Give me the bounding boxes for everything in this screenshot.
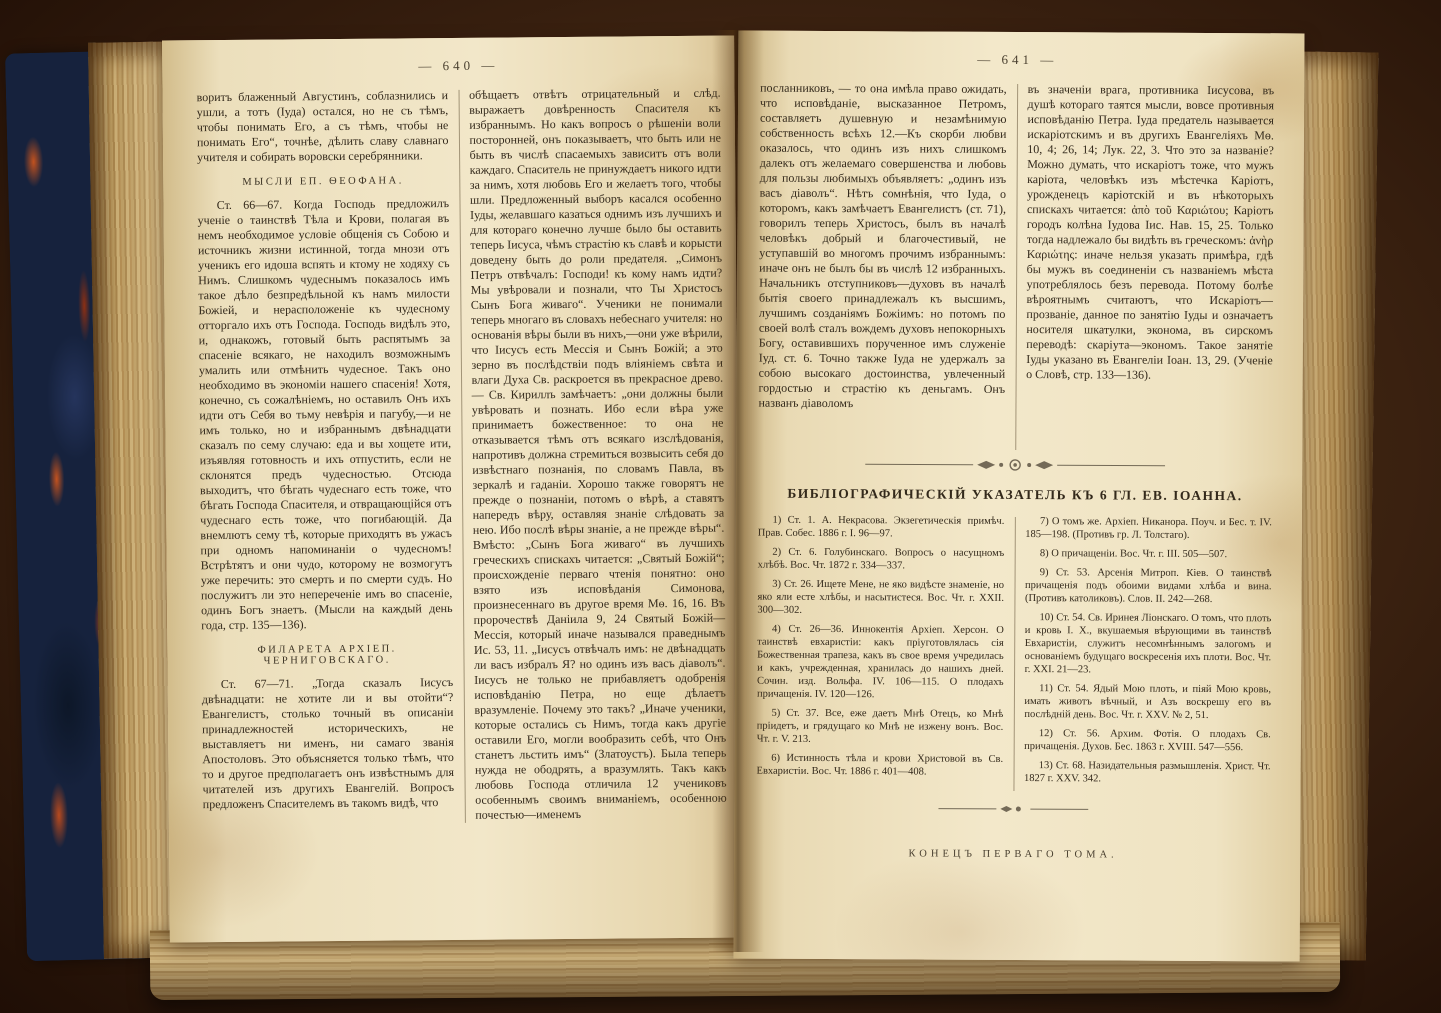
bibliography-column-right: 7) О томъ же. Архіеп. Никанора. Поуч. и … xyxy=(1024,515,1272,792)
bibliography-entry: 6) Истинность тѣла и крови Христовой въ … xyxy=(757,752,1004,779)
bibliography-entry: 13) Ст. 68. Назидательныя размышленія. Х… xyxy=(1024,759,1271,786)
bibliography-entry: 10) Ст. 54. Св. Иринея Ліонскаго. О томъ… xyxy=(1025,611,1272,677)
bibliography-entry: 11) Ст. 54. Ядый Мою плоть, и піяй Мою к… xyxy=(1024,682,1271,722)
bibliography-entry: 7) О томъ же. Архіеп. Никанора. Поуч. и … xyxy=(1025,515,1272,542)
section-heading-filaret: Филарета Архіеп. Черниговскаго. xyxy=(201,643,453,667)
column-rule xyxy=(458,90,465,823)
page-number-right: — 641 — xyxy=(760,51,1274,70)
right-page: — 641 — посланниковъ, — то она имѣла пра… xyxy=(734,31,1305,962)
end-ornament-icon xyxy=(938,801,1088,819)
bibliography-entry: 2) Ст. 6. Голубинскаго. Вопросъ о насущн… xyxy=(758,546,1005,573)
left-page: — 640 — воритъ блаженный Августинъ, собл… xyxy=(162,36,742,943)
body-text-paragraph: Ст. 67—71. „Тогда сказалъ Іисусъ двѣнадц… xyxy=(202,675,455,812)
page-number-left: — 640 — xyxy=(196,56,720,77)
bibliography-entry: 4) Ст. 26—36. Иннокентія Архіеп. Херсон.… xyxy=(757,623,1004,702)
bibliography-entry: 9) Ст. 53. Арсенія Митроп. Кіев. О таинс… xyxy=(1025,566,1272,606)
bibliography-column-left: 1) Ст. 1. А. Некрасова. Экзегетическія п… xyxy=(756,514,1004,791)
left-page-column-2: обѣщаетъ отвѣтъ отрицательный и слѣд. вы… xyxy=(469,86,727,823)
photo-of-open-book: — 640 — воритъ блаженный Августинъ, собл… xyxy=(0,0,1441,1013)
bibliography-entry: 12) Ст. 56. Архим. Фотія. О плодахъ Св. … xyxy=(1024,727,1271,754)
bibliography-title: Библіографическій указатель къ 6 гл. Ев.… xyxy=(758,486,1272,505)
bibliography-entry: 8) О причащеніи. Вос. Чт. г. III. 505—50… xyxy=(1025,547,1272,561)
right-page-column-1: посланниковъ, — то она имѣла право ожида… xyxy=(758,81,1006,450)
body-text-paragraph: Ст. 66—67. Когда Господь предложилъ учен… xyxy=(197,196,452,633)
bibliography-entry: 3) Ст. 26. Ищете Мене, не яко видѣсте зн… xyxy=(757,578,1004,618)
body-text-paragraph: воритъ блаженный Августинъ, соблазнились… xyxy=(197,88,449,165)
body-text-paragraph: въ значеніи врага, противника Іисусова, … xyxy=(1026,82,1274,383)
column-rule xyxy=(1013,517,1015,791)
divider-ornament-icon xyxy=(758,457,1272,479)
body-text-paragraph: посланниковъ, — то она имѣла право ожида… xyxy=(758,81,1006,412)
left-page-column-1: воритъ блаженный Августинъ, соблазнились… xyxy=(197,88,455,825)
bibliography-entry: 5) Ст. 37. Все, еже даетъ Мнѣ Отецъ, ко … xyxy=(757,707,1004,747)
volume-end-colophon: Конецъ перваго тома. xyxy=(756,848,1270,862)
body-text-paragraph: обѣщаетъ отвѣтъ отрицательный и слѣд. вы… xyxy=(469,86,727,823)
section-heading-feofan: Мысли Еп. Ѳеофана. xyxy=(197,175,449,188)
right-page-column-2: въ значеніи врага, противника Іисусова, … xyxy=(1026,82,1274,451)
column-rule xyxy=(1015,84,1018,450)
bibliography-entry: 1) Ст. 1. А. Некрасова. Экзегетическія п… xyxy=(758,514,1005,541)
